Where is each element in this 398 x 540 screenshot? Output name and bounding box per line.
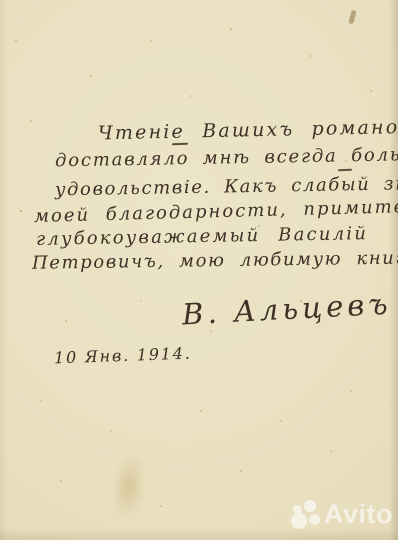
inscription-page-photo: Чтеніе Вашихъ романовъ доставляло мнѣ вс…: [0, 0, 398, 540]
signature: В. Альцевъ: [181, 287, 392, 332]
avito-watermark-label: Avito: [324, 499, 393, 529]
handwriting-line-3: удовольствіе. Какъ слабый знакъ: [55, 173, 398, 201]
underline-flourish: [338, 169, 352, 171]
avito-watermark: Avito: [291, 499, 393, 529]
handwriting-line-5: глубокоуважаемый Василій: [36, 223, 368, 250]
avito-logo-icon: [291, 499, 321, 529]
paper-stain: [107, 450, 150, 522]
handwriting-line-4: моей благодарности, примите,: [34, 196, 398, 227]
underline-flourish: [172, 143, 188, 146]
date-line: 10 Янв. 1914.: [54, 344, 192, 368]
handwriting-line-1: Чтеніе Вашихъ романовъ: [98, 116, 398, 145]
handwriting-line-2: доставляло мнѣ всегда большое: [55, 144, 398, 172]
handwriting-line-6: Петровичъ, мою любимую книгу.: [32, 247, 398, 273]
ink-speck: [348, 10, 356, 25]
